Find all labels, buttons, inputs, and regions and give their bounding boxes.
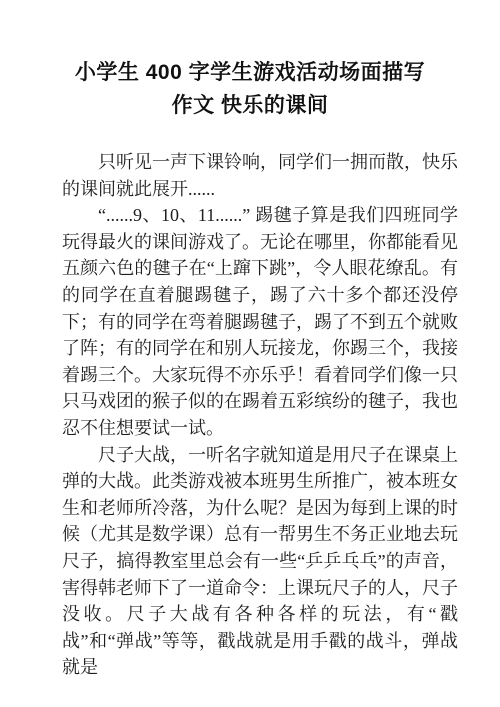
- paragraph-intro: 只听见一声下课铃响，同学们一拥而散，快乐的课间就此展开......: [62, 149, 458, 202]
- document-title: 小学生 400 字学生游戏活动场面描写 作文 快乐的课间: [50, 56, 450, 122]
- paragraph-shuttlecock: “......9、10、11......” 踢毽子算是我们四班同学玩得最火的课间…: [62, 202, 458, 441]
- document-title-line1: 小学生 400 字学生游戏活动场面描写: [75, 61, 425, 84]
- document-title-line2: 作文 快乐的课间: [172, 94, 329, 117]
- paragraph-ruler-battle: 尺子大战，一听名字就知道是用尺子在课桌上弹的大战。此类游戏被本班男生所推广，被本…: [62, 442, 458, 681]
- document-body: 只听见一声下课铃响，同学们一拥而散，快乐的课间就此展开...... “.....…: [62, 149, 458, 681]
- document-page: 小学生 400 字学生游戏活动场面描写 作文 快乐的课间 只听见一声下课铃响，同…: [0, 0, 500, 707]
